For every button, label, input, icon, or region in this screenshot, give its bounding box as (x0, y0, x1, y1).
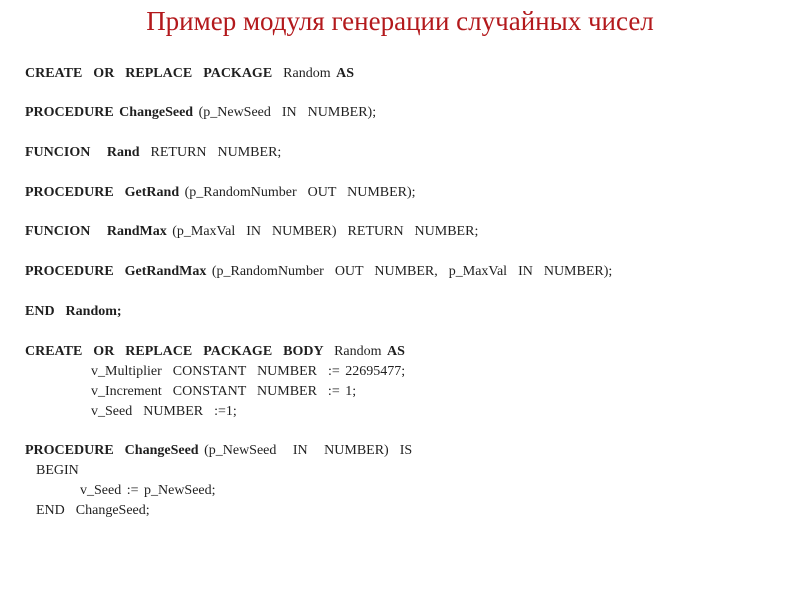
code-line: PROCEDURE GetRandMax (p_RandomNumber OUT… (25, 262, 612, 282)
code-line: CREATE OR REPLACE PACKAGE BODY Random AS (25, 342, 405, 362)
code-text: v_Seed NUMBER :=1; (25, 404, 237, 419)
code-line: BEGIN (25, 461, 79, 481)
code-line: v_Increment CONSTANT NUMBER := 1; (25, 382, 356, 402)
code-keyword: CREATE OR REPLACE PACKAGE BODY (25, 344, 329, 359)
code-text: RETURN NUMBER; (140, 145, 282, 160)
code-keyword: AS (387, 344, 405, 359)
code-text: v_Multiplier CONSTANT NUMBER := 22695477… (25, 364, 405, 379)
code-text: (p_RandomNumber OUT NUMBER, p_MaxVal IN … (206, 264, 612, 279)
code-text: (p_RandomNumber OUT NUMBER); (179, 185, 415, 200)
code-keyword: PROCEDURE ChangeSeed (25, 105, 193, 120)
code-line: v_Multiplier CONSTANT NUMBER := 22695477… (25, 362, 405, 382)
code-keyword: FUNCION Rand (25, 145, 140, 160)
code-keyword: FUNCION RandMax (25, 224, 167, 239)
code-keyword: PROCEDURE GetRandMax (25, 264, 206, 279)
code-text: v_Increment CONSTANT NUMBER := 1; (25, 384, 356, 399)
code-line: FUNCION Rand RETURN NUMBER; (25, 143, 281, 163)
code-line: v_Seed := p_NewSeed; (25, 481, 216, 501)
code-line: END Random; (25, 302, 122, 322)
code-text: BEGIN (25, 463, 79, 478)
code-keyword: PROCEDURE ChangeSeed (25, 443, 199, 458)
code-text: (p_NewSeed IN NUMBER) IS (199, 443, 413, 458)
code-keyword: END Random; (25, 304, 122, 319)
code-line: CREATE OR REPLACE PACKAGE Random AS (25, 64, 354, 84)
slide-title: Пример модуля генерации случайных чисел (0, 4, 800, 38)
code-line: v_Seed NUMBER :=1; (25, 402, 237, 422)
code-text: v_Seed := p_NewSeed; (25, 483, 216, 498)
code-line: FUNCION RandMax (p_MaxVal IN NUMBER) RET… (25, 222, 478, 242)
code-line: PROCEDURE GetRand (p_RandomNumber OUT NU… (25, 183, 416, 203)
code-keyword: AS (336, 66, 354, 81)
code-text: END ChangeSeed; (25, 503, 150, 518)
code-text: (p_MaxVal IN NUMBER) RETURN NUMBER; (167, 224, 479, 239)
code-text: Random (278, 66, 336, 81)
code-text: (p_NewSeed IN NUMBER); (193, 105, 376, 120)
code-text: Random (329, 344, 387, 359)
code-keyword: PROCEDURE GetRand (25, 185, 179, 200)
code-line: PROCEDURE ChangeSeed (p_NewSeed IN NUMBE… (25, 103, 376, 123)
code-line: END ChangeSeed; (25, 501, 150, 521)
code-line: PROCEDURE ChangeSeed (p_NewSeed IN NUMBE… (25, 441, 412, 461)
code-keyword: CREATE OR REPLACE PACKAGE (25, 66, 278, 81)
